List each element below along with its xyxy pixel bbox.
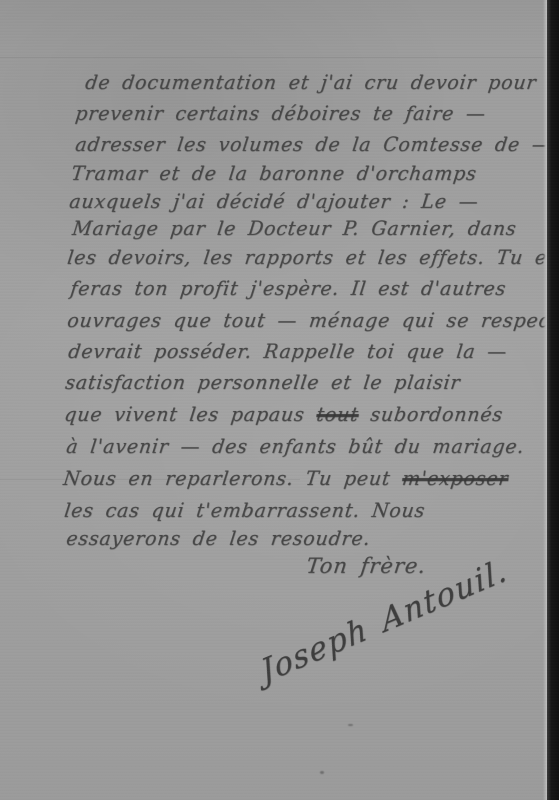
ink-speck [320, 771, 324, 774]
handwritten-line: de documentation et j'ai cru devoir pour [84, 72, 538, 94]
line-text: adresser les volumes de la Comtesse de — [74, 134, 553, 156]
line-text: auxquels j'ai décidé d'ajouter : Le — [68, 191, 480, 213]
line-text: essayerons de les resoudre. [65, 528, 372, 550]
handwritten-line: feras ton profit j'espère. Il est d'autr… [69, 278, 507, 300]
line-text: que vivent les papaus [63, 404, 318, 426]
line-text: ouvrages que tout — ménage qui se respec… [66, 310, 559, 332]
handwritten-line: les cas qui t'embarrassent. Nous [63, 500, 427, 522]
closing-line: Ton frère. [305, 554, 428, 578]
line-text: subordonnés [357, 404, 504, 426]
handwritten-line: prevenir certains déboires te faire — [74, 103, 487, 125]
ink-speck [348, 724, 353, 726]
handwritten-line: adresser les volumes de la Comtesse de — [74, 134, 553, 156]
handwritten-line: essayerons de les resoudre. [65, 528, 372, 550]
handwritten-line: satisfaction personnelle et le plaisir [64, 372, 462, 394]
handwritten-line: auxquels j'ai décidé d'ajouter : Le — [68, 191, 480, 213]
scanned-letter-page: de documentation et j'ai cru devoir pour… [0, 0, 559, 800]
line-text: de documentation et j'ai cru devoir pour [84, 72, 538, 94]
line-text: feras ton profit j'espère. Il est d'autr… [69, 278, 507, 300]
line-text: prevenir certains déboires te faire — [74, 103, 487, 125]
scanner-black-band [547, 0, 559, 800]
line-text: les devoirs, les rapports et les effets.… [66, 247, 559, 269]
handwritten-line: les devoirs, les rapports et les effets.… [66, 247, 559, 269]
strikethrough-text: tout [315, 404, 360, 426]
handwritten-line: Tramar et de la baronne d'orchamps [70, 163, 478, 185]
handwritten-line: Mariage par le Docteur P. Garnier, dans [71, 218, 518, 240]
line-text: à l'avenir — des enfants bût du mariage. [65, 436, 526, 458]
handwritten-line: à l'avenir — des enfants bût du mariage. [65, 436, 526, 458]
strikethrough-text: m'exposer [401, 468, 510, 490]
handwritten-line: Nous en reparlerons. Tu peut m'exposer [62, 468, 510, 490]
handwritten-line: devrait posséder. Rappelle toi que la — [67, 341, 508, 363]
line-text: devrait posséder. Rappelle toi que la — [67, 341, 508, 363]
handwritten-line: ouvrages que tout — ménage qui se respec… [66, 310, 559, 332]
scan-artifact-line [0, 57, 559, 58]
line-text: Nous en reparlerons. Tu peut [62, 468, 404, 490]
line-text: Mariage par le Docteur P. Garnier, dans [71, 218, 518, 240]
line-text: satisfaction personnelle et le plaisir [64, 372, 462, 394]
line-text: Tramar et de la baronne d'orchamps [70, 163, 478, 185]
handwritten-line: que vivent les papaus tout subordonnés [63, 404, 504, 426]
line-text: les cas qui t'embarrassent. Nous [63, 500, 427, 522]
